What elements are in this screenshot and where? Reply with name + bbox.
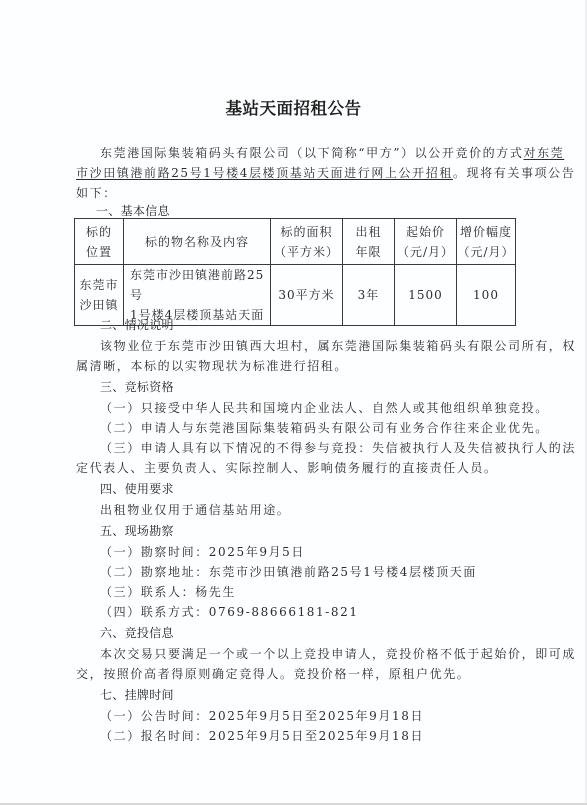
section-heading-situation: 二、情况说明 (100, 318, 174, 333)
intro-line-1: 东莞港国际集装箱码头有限公司（以下简称“甲方”）以公开竞价的方式对东莞 (100, 146, 564, 161)
section-heading-bidding-info: 六、竞投信息 (100, 626, 174, 641)
section-heading-listing-time: 七、挂牌时间 (100, 688, 174, 703)
header-text: 年限 (343, 242, 394, 262)
header-text: 标的物名称及内容 (124, 232, 270, 252)
paragraph-line: 定代表人、主要负责人、实际控制人、影响债务履行的直接责任人员。 (76, 461, 498, 476)
header-text: （元/月） (395, 242, 456, 262)
paragraph-line: 本次交易只要满足一个或一个以上竞投申请人，竞投价格不低于起始价，即可成 (100, 647, 576, 662)
header-increment: 增价幅度 （元/月） (457, 219, 516, 265)
intro-line-2: 市沙田镇港前路25号1号楼4层楼顶基站天面进行网上公开招租。现将有关事项公告 (76, 166, 575, 181)
intro-text: 。现将有关事项公告 (453, 166, 575, 180)
intro-line-3: 如下： (76, 186, 117, 201)
document-page: 基站天面招租公告 东莞港国际集装箱码头有限公司（以下简称“甲方”）以公开竞价的方… (0, 0, 587, 805)
basic-info-table: 标的 位置 标的物名称及内容 标的面积 （平方米） 出租 年限 起始价 （元/月… (74, 218, 516, 326)
header-text: 增价幅度 (457, 222, 515, 242)
header-text: 起始价 (395, 222, 456, 242)
header-text: 标的 (75, 222, 123, 242)
cell-start-price: 1500 (395, 265, 457, 326)
header-area: 标的面积 （平方米） (271, 219, 343, 265)
table-row: 东莞市 沙田镇 东莞市沙田镇港前路25号 1号楼4层楼顶基站天面 30平方米 3… (75, 265, 516, 326)
intro-text: 东莞港国际集装箱码头有限公司（以下简称“甲方”）以公开竞价的方式 (100, 146, 523, 160)
header-text: （平方米） (271, 242, 342, 262)
paragraph-line: （一）公告时间：2025年9月5日至2025年9月18日 (100, 709, 424, 724)
cell-text: 东莞市沙田镇港前路25号 (130, 265, 270, 305)
paragraph-line: 出租物业仅用于通信基站用途。 (100, 503, 290, 518)
header-text: （元/月） (457, 242, 515, 262)
section-heading-basic-info: 一、基本信息 (96, 204, 170, 219)
intro-underlined-text: 对东莞 (523, 146, 564, 160)
document-title: 基站天面招租公告 (0, 95, 587, 119)
intro-underlined-text: 市沙田镇港前路25号1号楼4层楼顶基站天面进行网上公开招租 (76, 166, 453, 180)
paragraph-line: （二）勘察地址：东莞市沙田镇港前路25号1号楼4层楼顶天面 (100, 565, 477, 580)
header-text: 标的面积 (271, 222, 342, 242)
cell-term: 3年 (343, 265, 395, 326)
paragraph-line: （三）联系人：杨先生 (100, 585, 236, 600)
header-term: 出租 年限 (343, 219, 395, 265)
cell-text: 东莞市 (75, 275, 123, 295)
paragraph-line: 交，按照价高者得原则确定竞得人。竞投价格一样，原租户优先。 (76, 667, 470, 682)
paragraph-line: （二）报名时间：2025年9月5日至2025年9月18日 (100, 729, 424, 744)
cell-increment: 100 (457, 265, 516, 326)
paragraph-line: 该物业位于东莞市沙田镇西大坦村，属东莞港国际集装箱码头有限公司所有，权 (100, 339, 576, 354)
section-heading-usage: 四、使用要求 (100, 482, 174, 497)
section-heading-site-survey: 五、现场勘察 (100, 524, 174, 539)
cell-name: 东莞市沙田镇港前路25号 1号楼4层楼顶基站天面 (124, 265, 271, 326)
section-heading-qualification: 三、竞标资格 (100, 380, 174, 395)
paragraph-line: （四）联系方式：0769-88666181-821 (100, 605, 359, 620)
paragraph-line: （一）勘察时间：2025年9月5日 (100, 545, 305, 560)
header-text: 位置 (75, 242, 123, 262)
cell-text: 沙田镇 (75, 295, 123, 315)
header-location: 标的 位置 (75, 219, 124, 265)
paragraph-line: （一）只接受中华人民共和国境内企业法人、自然人或其他组织单独竞投。 (100, 401, 549, 416)
paragraph-line: （二）申请人与东莞港国际集装箱码头有限公司有业务合作往来企业优先。 (100, 421, 549, 436)
cell-location: 东莞市 沙田镇 (75, 265, 124, 326)
cell-area: 30平方米 (271, 265, 343, 326)
header-text: 出租 (343, 222, 394, 242)
header-start-price: 起始价 （元/月） (395, 219, 457, 265)
paragraph-line: （三）申请人具有以下情况的不得参与竞投：失信被执行人及失信被执行人的法 (100, 441, 576, 456)
paragraph-line: 属清晰，本标的以实物现状为标准进行招租。 (76, 359, 348, 374)
header-name: 标的物名称及内容 (124, 219, 271, 265)
table-header-row: 标的 位置 标的物名称及内容 标的面积 （平方米） 出租 年限 起始价 （元/月… (75, 219, 516, 265)
